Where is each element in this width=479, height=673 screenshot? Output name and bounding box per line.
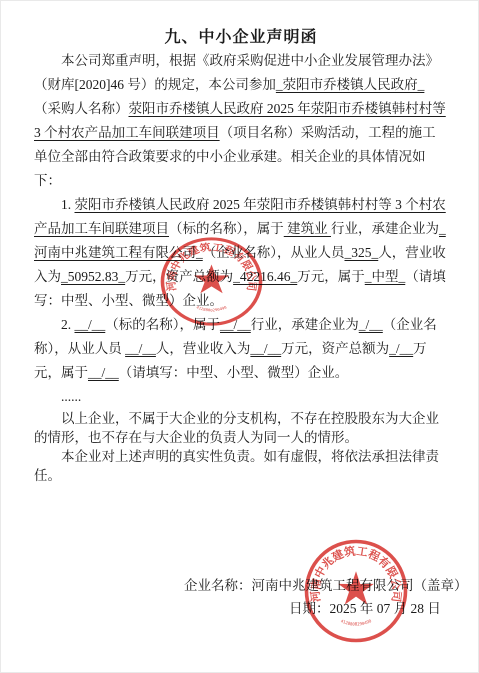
static-text: （请填写：中型、小型、微型）企业。 (119, 365, 349, 380)
closing-paragraph-1: 以上企业，不属于大企业的分支机构，不存在控股股东为大企业的情形，也不存在与大企业… (34, 409, 448, 447)
svg-text:4128800290498: 4128800290498 (340, 618, 373, 627)
static-text: 行业，承建企业为 (251, 317, 359, 332)
declaration-document-page: 九、中小企业声明函 本公司郑重声明，根据《政府采购促进中小企业发展管理办法》（财… (0, 0, 479, 673)
static-text: （企业名称），从业人员 (203, 245, 345, 260)
static-text: 万元，资产总额为 (281, 341, 389, 356)
filled-blank-text: __/__ (125, 341, 156, 356)
static-text: 2. (61, 317, 75, 332)
filled-blank-text: __/__ (88, 365, 119, 380)
enterprise-item-2: 2. __/__（标的名称），属于__/__行业，承建企业为_/__（企业名称）… (34, 313, 448, 385)
seal-serial-text: 4128800290498 (340, 618, 373, 627)
filled-blank-text: _42216.46_ (233, 269, 297, 284)
filled-blank-text: 建筑业 (284, 221, 331, 236)
enterprise-item-1: 1. 荥阳市乔楼镇人民政府 2025 年荥阳市乔楼镇韩村村等 3 个村农产品加工… (34, 193, 448, 313)
filled-blank-text: __/__ (220, 317, 251, 332)
filled-blank-text: _/__ (389, 341, 413, 356)
closing-paragraph-2: 本企业对上述声明的真实性负责。如有虚假，将依法承担法律责任。 (34, 447, 448, 485)
filled-blank-text: _325_ (345, 245, 379, 260)
static-text: （标的名称），属于 (169, 221, 284, 236)
static-text: 万元，属于 (297, 269, 365, 284)
signature-date-line: 日期：2025 年 07 月 28 日 (289, 601, 441, 617)
filled-blank-text: _中型_ (365, 269, 406, 284)
filled-blank-text: __/__ (250, 341, 281, 356)
static-text: （采购人名称） (34, 101, 129, 116)
seal-company-text: 河南中兆建筑工程有限公司 (308, 544, 405, 603)
filled-blank-text: _50952.83_ (61, 269, 125, 284)
filled-blank-text: _/__ (359, 317, 383, 332)
document-title: 九、中小企业声明函 (34, 27, 448, 49)
intro-paragraph: 本公司郑重声明，根据《政府采购促进中小企业发展管理办法》（财库[2020]46 … (34, 49, 448, 193)
static-text: 人，营业收入为 (156, 341, 251, 356)
signature-company-line: 企业名称：河南中兆建筑工程有限公司（盖章） (184, 578, 468, 594)
document-body: 九、中小企业声明函 本公司郑重声明，根据《政府采购促进中小企业发展管理办法》（财… (34, 27, 448, 485)
static-text: 行业，承建企业为 (331, 221, 439, 236)
static-text: 万元，资产总额为 (125, 269, 233, 284)
static-text: 1. (61, 197, 75, 212)
ellipsis-line: ...... (34, 385, 448, 409)
static-text: （标的名称），属于 (105, 317, 220, 332)
filled-blank-text: _荥阳市乔楼镇人民政府_ (276, 77, 425, 92)
svg-text:河南中兆建筑工程有限公司: 河南中兆建筑工程有限公司 (308, 544, 405, 603)
filled-blank-text: __/__ (75, 317, 106, 332)
